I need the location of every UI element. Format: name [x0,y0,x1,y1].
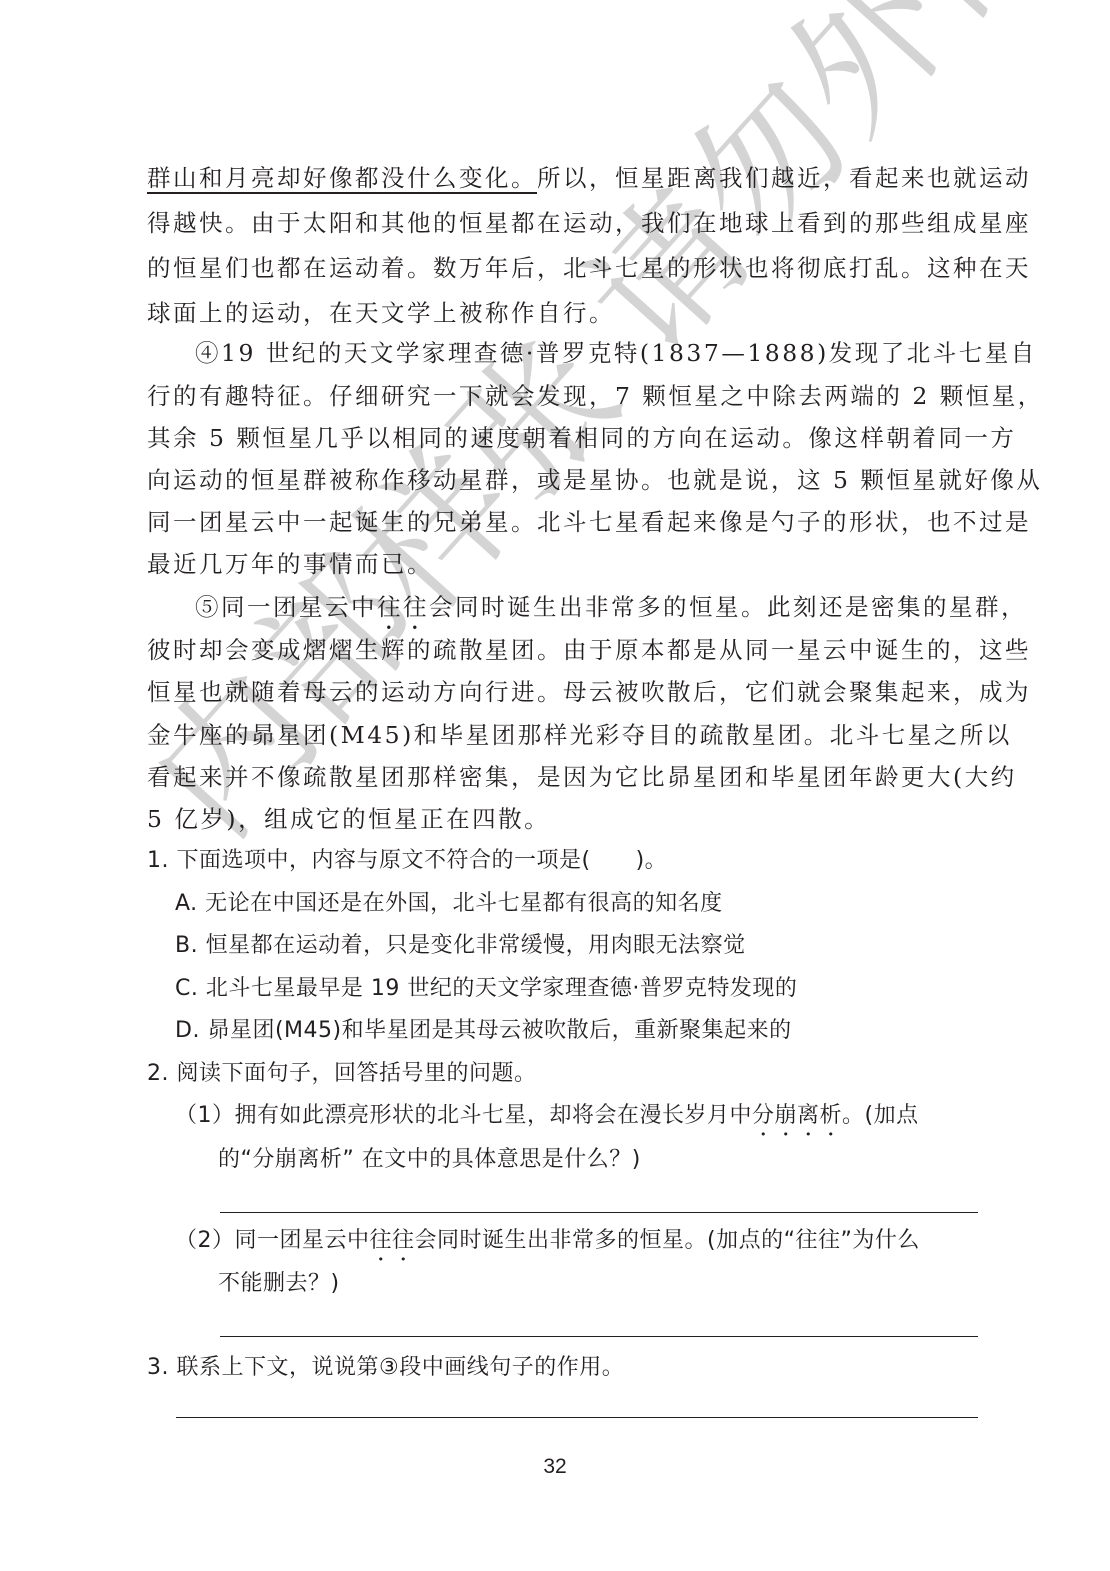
sub-label: （2） [175,1228,235,1253]
question-1-option-b[interactable]: B. 恒星都在运动着，只是变化非常缓慢，用肉眼无法察觉 [175,931,1007,961]
passage-p5-line-4: 金牛座的昴星团(M45)和毕星团那样光彩夺目的疏散星团。北斗七星之所以 [147,720,979,750]
passage-p4-line-6: 最近几万年的事情而已。 [147,549,979,579]
emphasized-word: 往往 [370,1228,415,1253]
question-1-option-c[interactable]: C. 北斗七星最早是 19 世纪的天文学家理查德·普罗克特发现的 [175,974,1007,1004]
question-1-option-a[interactable]: A. 无论在中国还是在外国，北斗七星都有很高的知名度 [175,889,1007,919]
question-2-2-line-2: 不能删去？) [218,1269,1050,1299]
passage-p4-line-4: 向运动的恒星群被称作移动星群，或是星协。也就是说，这 5 颗恒星就好像从 [147,465,979,495]
passage-p4-line-2: 行的有趣特征。仔细研究一下就会发现，7 颗恒星之中除去两端的 2 颗恒星， [147,381,979,411]
sub-text-after: 。(加点 [842,1103,919,1128]
question-1-option-d[interactable]: D. 昴星团(M45)和毕星团是其母云被吹散后，重新聚集起来的 [175,1016,1007,1046]
question-1-stem: 1. 下面选项中，内容与原文不符合的一项是( )。 [147,846,979,876]
passage-p5-line-1: ⑤同一团星云中往往会同时诞生出非常多的恒星。此刻还是密集的星群， [195,592,979,635]
option-text: 恒星都在运动着，只是变化非常缓慢，用肉眼无法察觉 [206,933,746,958]
passage-p5-line-6: 5 亿岁)，组成它的恒星正在四散。 [147,804,979,834]
p5-line-1-before: ⑤同一团星云中 [195,593,377,621]
p3-line-1-rest: 所以，恒星距离我们越近，看起来也就运动 [537,164,1031,192]
emphasized-word: 往往 [377,593,429,621]
passage-p4-line-3: 其余 5 颗恒星几乎以相同的速度朝着相同的方向在运动。像这样朝着同一方 [147,423,979,453]
question-2-1-line-1: （1）拥有如此漂亮形状的北斗七星，却将会在漫长岁月中分崩离析。(加点 [175,1101,1007,1141]
option-label: B. [175,933,198,958]
sub-label: （1） [175,1103,235,1128]
option-label: D. [175,1018,200,1043]
passage-p5-line-3: 恒星也就随着母云的运动方向行进。母云被吹散后，它们就会聚集起来，成为 [147,677,979,707]
underlined-sentence: 群山和月亮却好像都没什么变化。 [147,164,537,192]
option-text: 北斗七星最早是 19 世纪的天文学家理查德·普罗克特发现的 [206,976,797,1001]
sub-text-before: 同一团星云中 [235,1228,370,1253]
passage-p4-line-5: 同一团星云中一起诞生的兄弟星。北斗七星看起来像是勺子的形状，也不过是 [147,507,979,537]
passage-p4-line-1: ④19 世纪的天文学家理查德·普罗克特(1837—1888)发现了北斗七星自 [195,338,979,368]
emphasized-word: 分崩离析 [752,1103,842,1128]
question-2-stem: 2. 阅读下面句子，回答括号里的问题。 [147,1059,979,1089]
question-2-1-line-2: 的“分崩离析” 在文中的具体意思是什么？) [218,1145,1050,1175]
question-2-2-line-1: （2）同一团星云中往往会同时诞生出非常多的恒星。(加点的“往往”为什么 [175,1226,1007,1266]
page-number: 32 [0,1455,1110,1479]
passage-p5-line-5: 看起来并不像疏散星团那样密集，是因为它比昴星团和毕星团年龄更大(大约 [147,762,979,792]
answer-line-q3[interactable] [176,1417,978,1418]
option-text: 无论在中国还是在外国，北斗七星都有很高的知名度 [205,891,723,916]
option-label: C. [175,976,198,1001]
passage-p5-line-2: 彼时却会变成熠熠生辉的疏散星团。由于原本都是从同一星云中诞生的，这些 [147,635,979,665]
passage-p3-line-3: 的恒星们也都在运动着。数万年后，北斗七星的形状也将彻底打乱。这种在天 [147,253,979,283]
question-3-stem: 3. 联系上下文，说说第③段中画线句子的作用。 [147,1353,979,1383]
textbook-page: 内部样张 请勿外传 群山和月亮却好像都没什么变化。所以，恒星距离我们越近，看起来… [0,0,1110,1571]
p5-line-1-after: 会同时诞生出非常多的恒星。此刻还是密集的星群， [429,593,1027,621]
passage-p3-line-2: 得越快。由于太阳和其他的恒星都在运动，我们在地球上看到的那些组成星座 [147,208,979,238]
passage-p3-line-1: 群山和月亮却好像都没什么变化。所以，恒星距离我们越近，看起来也就运动 [147,163,979,193]
passage-p3-line-4: 球面上的运动，在天文学上被称作自行。 [147,298,979,328]
sub-text-before: 拥有如此漂亮形状的北斗七星，却将会在漫长岁月中 [235,1103,753,1128]
sub-text-after: 会同时诞生出非常多的恒星。(加点的“往往”为什么 [415,1228,920,1253]
option-label: A. [175,891,198,916]
option-text: 昴星团(M45)和毕星团是其母云被吹散后，重新聚集起来的 [207,1018,791,1043]
answer-line-q2-2[interactable] [220,1336,978,1337]
answer-line-q2-1[interactable] [220,1212,978,1213]
